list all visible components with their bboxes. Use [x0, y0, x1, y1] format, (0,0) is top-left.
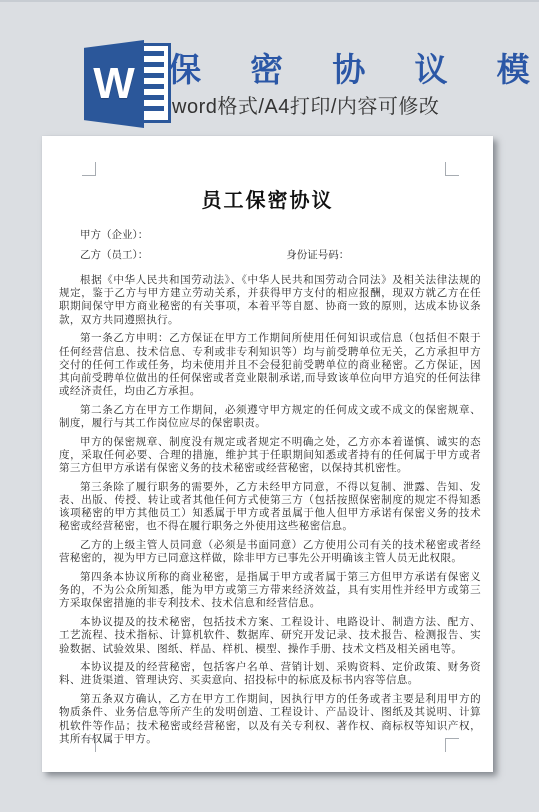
document-body: 甲方（企业）： 乙方（员工）：身份证号码： 根据《中华人民共和国劳动法》、《中华… [42, 213, 493, 746]
template-poster: { "banner": { "title": "保 密 协 议 模 板", "s… [0, 0, 539, 812]
paragraph-business-secrets: 本协议提及的经营秘密，包括客户名单、营销计划、采购资料、定价政策、财务资料、进货… [59, 661, 481, 687]
paragraph-preamble: 根据《中华人民共和国劳动法》、《中华人民共和国劳动合同法》及相关法律法规的规定，… [59, 274, 481, 327]
document-page: 员工保密协议 甲方（企业）： 乙方（员工）：身份证号码： 根据《中华人民共和国劳… [42, 136, 493, 772]
banner-title: 保 密 协 议 模 板 [168, 44, 539, 91]
party-b-line: 乙方（员工）：身份证号码： [59, 249, 481, 261]
margin-mark-bottom-right [445, 738, 459, 752]
word-w-icon: W [84, 40, 144, 128]
paragraph-article-3-supplement: 乙方的上级主管人员同意（必须是书面同意）乙方使用公司有关的技术秘密或者经营秘密的… [59, 539, 481, 565]
document-title: 员工保密协议 [42, 184, 493, 213]
id-number-label: 身份证号码： [286, 249, 349, 261]
party-a-label: 甲方（企业）： [80, 229, 148, 241]
paragraph-technical-secrets: 本协议提及的技术秘密，包括技术方案、工程设计、电路设计、制造方法、配方、工艺流程… [59, 616, 481, 656]
margin-mark-top-right [445, 162, 459, 176]
word-logo-icon: W [84, 38, 174, 130]
party-b-label: 乙方（员工）： [80, 249, 148, 261]
paragraph-article-2: 第二条乙方在甲方工作期间，必须遵守甲方规定的任何成文或不成文的保密规章、制度，履… [59, 404, 481, 430]
paragraph-article-5: 第五条双方确认，乙方在甲方工作期间，因执行甲方的任务或者主要是利用甲方的物质条件… [59, 693, 481, 746]
paragraph-article-4: 第四条本协议所称的商业秘密，是指属于甲方或者属于第三方但甲方承诺有保密义务的，不… [59, 571, 481, 611]
party-a-line: 甲方（企业）： [59, 229, 481, 241]
margin-mark-top-left [82, 162, 96, 176]
banner: W 保 密 协 议 模 板 word格式/A4打印/内容可修改 [0, 0, 539, 135]
paragraph-article-2-supplement: 甲方的保密规章、制度没有规定或者规定不明确之处，乙方亦本着谨慎、诚实的态度，采取… [59, 436, 481, 476]
banner-subtitle: word格式/A4打印/内容可修改 [172, 90, 439, 119]
paragraph-article-1: 第一条乙方申明：乙方保证在甲方工作期间所使用任何知识或信息（包括但不限于任何经营… [59, 332, 481, 398]
paragraph-article-3: 第三条除了履行职务的需要外，乙方未经甲方同意，不得以复制、泄露、告知、发表、出版… [59, 481, 481, 534]
margin-mark-bottom-left [82, 738, 96, 752]
